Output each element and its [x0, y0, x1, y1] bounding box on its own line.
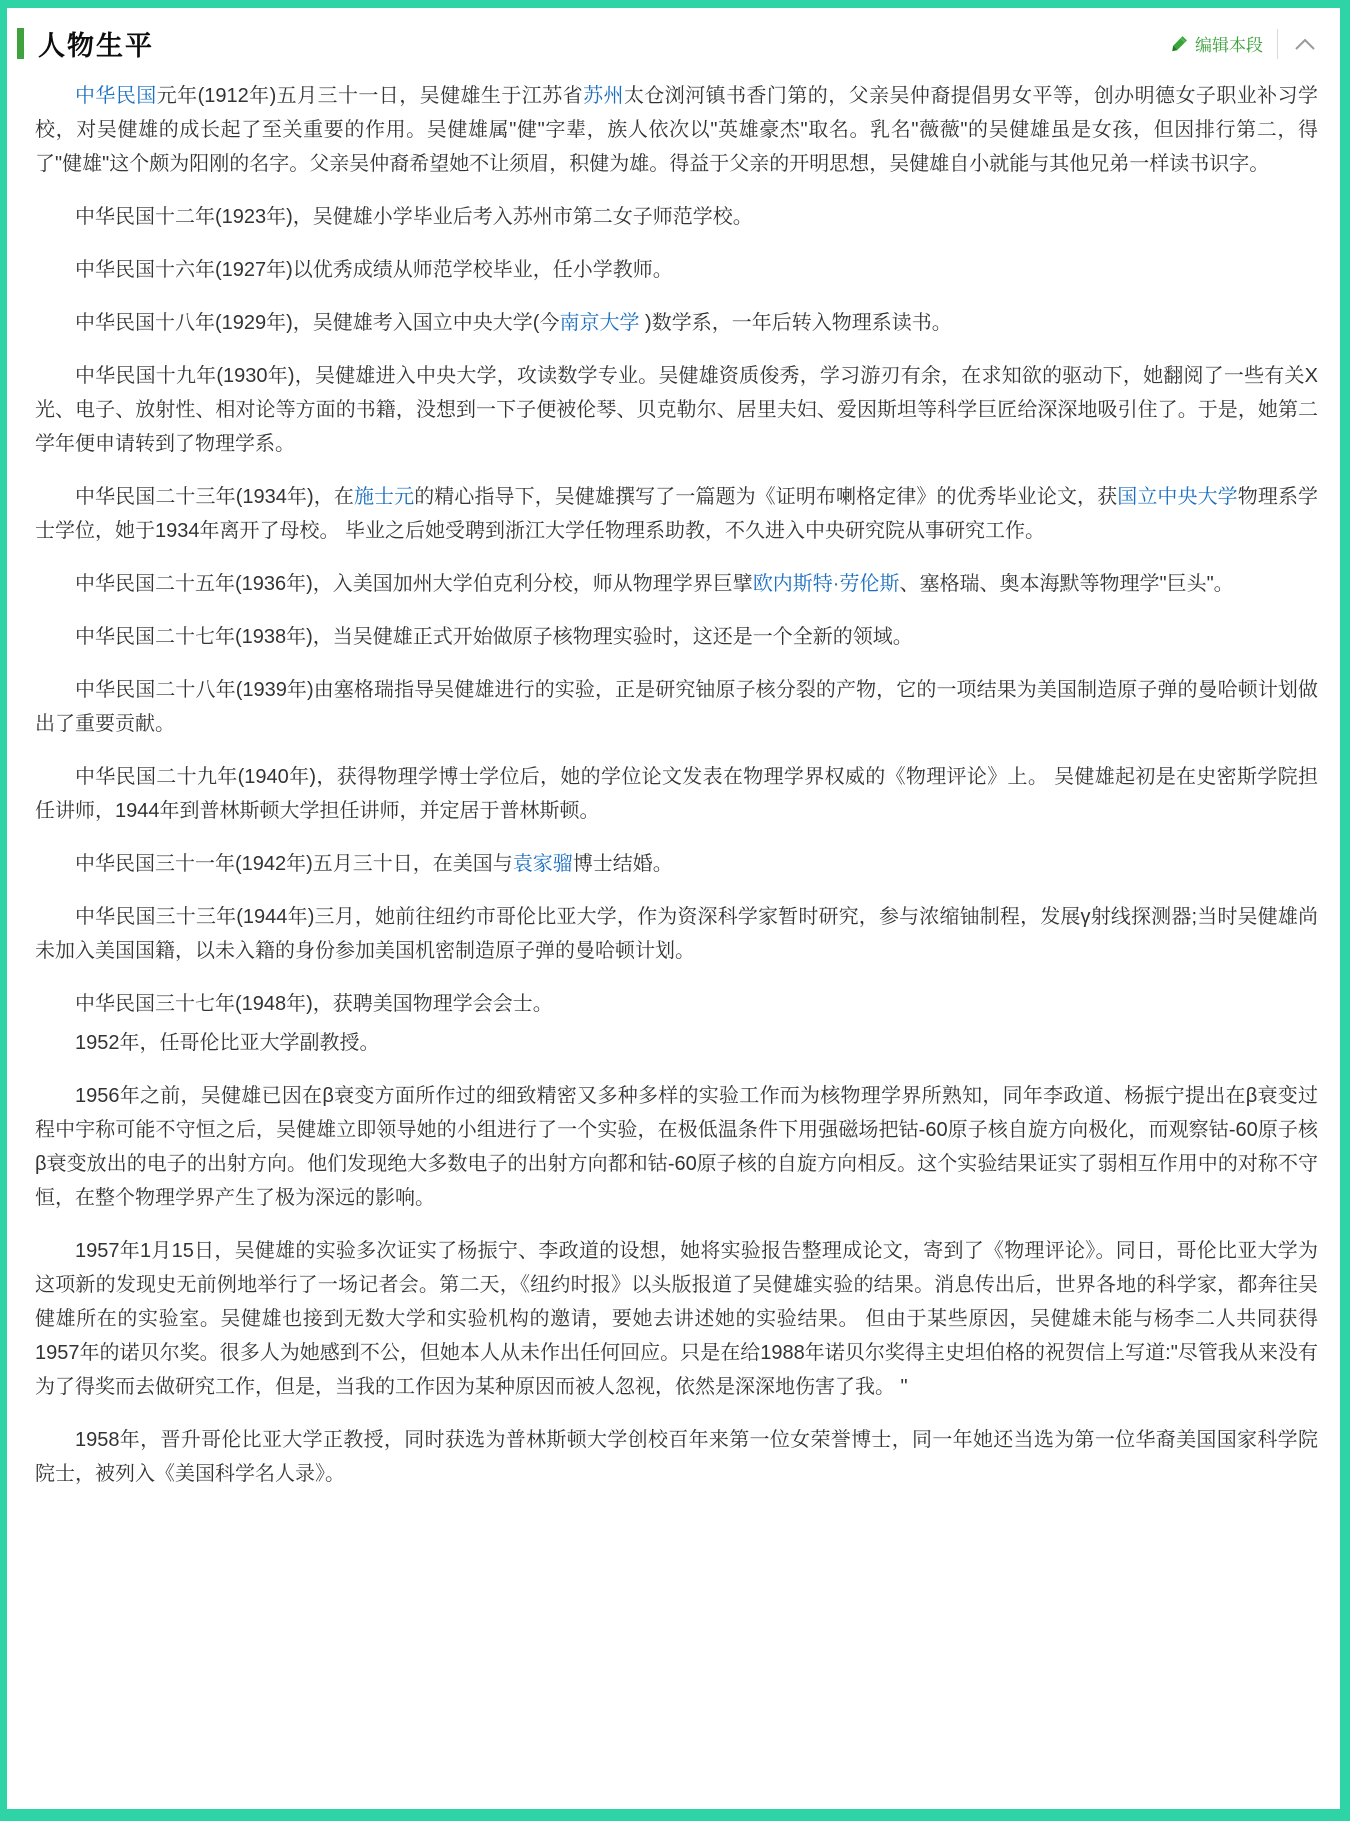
- paragraph: 中华民国十六年(1927年)以优秀成绩从师范学校毕业，任小学教师。: [35, 253, 1318, 287]
- section-header: 人物生平 编辑本段: [35, 24, 1318, 63]
- entity-link[interactable]: 中华民国: [75, 85, 157, 107]
- entity-link[interactable]: 国立中央大学: [1117, 486, 1238, 508]
- text-segment: 元年(1912年)五月三十一日，吴健雄生于江苏省: [157, 85, 583, 107]
- title-wrap: 人物生平: [35, 24, 154, 63]
- text-segment: 中华民国二十三年(1934年)，在: [75, 486, 354, 508]
- text-segment: 中华民国二十八年(1939年)由塞格瑞指导吴健雄进行的实验，正是研究铀原子核分裂…: [35, 679, 1318, 735]
- text-segment: 中华民国三十三年(1944年)三月，她前往纽约市哥伦比亚大学，作为资深科学家暂时…: [35, 906, 1318, 962]
- edit-section-label: 编辑本段: [1195, 31, 1263, 56]
- paragraph: 中华民国十二年(1923年)，吴健雄小学毕业后考入苏州市第二女子师范学校。: [35, 200, 1318, 234]
- text-segment: 1952年，任哥伦比亚大学副教授。: [75, 1032, 380, 1054]
- text-segment: 博士结婚。: [573, 853, 673, 875]
- text-segment: 中华民国十六年(1927年)以优秀成绩从师范学校毕业，任小学教师。: [75, 259, 673, 281]
- collapse-section-button[interactable]: [1292, 35, 1318, 53]
- text-segment: 中华民国十八年(1929年)，吴健雄考入国立中央大学(今: [75, 312, 559, 334]
- paragraph: 中华民国三十七年(1948年)，获聘美国物理学会会士。: [35, 987, 1318, 1021]
- edit-section-button[interactable]: 编辑本段: [1170, 31, 1263, 56]
- text-segment: 中华民国三十一年(1942年)五月三十日，在美国与: [75, 853, 513, 875]
- header-tools: 编辑本段: [1170, 29, 1318, 59]
- entity-link[interactable]: 袁家骝: [513, 853, 573, 875]
- text-segment: 1958年，晋升哥伦比亚大学正教授，同时获选为普林斯顿大学创校百年来第一位女荣誉…: [35, 1429, 1318, 1485]
- chevron-up-icon: [1294, 37, 1316, 51]
- paragraph: 中华民国二十七年(1938年)，当吴健雄正式开始做原子核物理实验时，这还是一个全…: [35, 620, 1318, 654]
- text-segment: 中华民国十二年(1923年)，吴健雄小学毕业后考入苏州市第二女子师范学校。: [75, 206, 753, 228]
- text-segment: 中华民国三十七年(1948年)，获聘美国物理学会会士。: [75, 993, 553, 1015]
- paragraph: 中华民国十九年(1930年)，吴健雄进入中央大学，攻读数学专业。吴健雄资质俊秀，…: [35, 359, 1318, 461]
- text-segment: )数学系，一年后转入物理系读书。: [639, 312, 951, 334]
- paragraph: 1952年，任哥伦比亚大学副教授。: [35, 1026, 1318, 1060]
- entity-link[interactable]: 施士元: [354, 486, 414, 508]
- entity-link[interactable]: 欧内斯特·劳伦斯: [753, 573, 900, 595]
- paragraph: 1957年1月15日，吴健雄的实验多次证实了杨振宁、李政道的设想，她将实验报告整…: [35, 1234, 1318, 1404]
- paragraph: 中华民国二十九年(1940年)，获得物理学博士学位后，她的学位论文发表在物理学界…: [35, 760, 1318, 828]
- paragraph: 1956年之前，吴健雄已因在β衰变方面所作过的细致精密又多种多样的实验工作而为核…: [35, 1079, 1318, 1215]
- paragraph: 1958年，晋升哥伦比亚大学正教授，同时获选为普林斯顿大学创校百年来第一位女荣誉…: [35, 1423, 1318, 1491]
- title-accent-bar: [17, 28, 24, 59]
- biography-section-panel: 人物生平 编辑本段: [0, 0, 1350, 1821]
- pencil-icon: [1170, 34, 1195, 53]
- paragraph: 中华民国元年(1912年)五月三十一日，吴健雄生于江苏省苏州太仓浏河镇书香门第的…: [35, 79, 1318, 181]
- paragraph: 中华民国十八年(1929年)，吴健雄考入国立中央大学(今南京大学 )数学系，一年…: [35, 306, 1318, 340]
- paragraph: 中华民国二十五年(1936年)，入美国加州大学伯克利分校，师从物理学界巨擘欧内斯…: [35, 567, 1318, 601]
- biography-paragraphs: 中华民国元年(1912年)五月三十一日，吴健雄生于江苏省苏州太仓浏河镇书香门第的…: [35, 79, 1318, 1491]
- paragraph: 中华民国三十三年(1944年)三月，她前往纽约市哥伦比亚大学，作为资深科学家暂时…: [35, 900, 1318, 968]
- paragraph: 中华民国三十一年(1942年)五月三十日，在美国与袁家骝博士结婚。: [35, 847, 1318, 881]
- text-segment: 1956年之前，吴健雄已因在β衰变方面所作过的细致精密又多种多样的实验工作而为核…: [35, 1085, 1318, 1209]
- text-segment: 中华民国十九年(1930年)，吴健雄进入中央大学，攻读数学专业。吴健雄资质俊秀，…: [35, 365, 1318, 455]
- text-segment: 中华民国二十五年(1936年)，入美国加州大学伯克利分校，师从物理学界巨擘: [75, 573, 753, 595]
- entity-link[interactable]: 苏州: [583, 85, 624, 107]
- entity-link[interactable]: 南京大学: [559, 312, 639, 334]
- section-title: 人物生平: [38, 24, 154, 63]
- header-divider: [1277, 29, 1278, 59]
- text-segment: 中华民国二十九年(1940年)，获得物理学博士学位后，她的学位论文发表在物理学界…: [35, 766, 1318, 822]
- text-segment: 、塞格瑞、奥本海默等物理学"巨头"。: [899, 573, 1233, 595]
- text-segment: 1957年1月15日，吴健雄的实验多次证实了杨振宁、李政道的设想，她将实验报告整…: [35, 1240, 1318, 1398]
- text-segment: 的精心指导下，吴健雄撰写了一篇题为《证明布喇格定律》的优秀毕业论文，获: [414, 486, 1117, 508]
- paragraph: 中华民国二十三年(1934年)，在施士元的精心指导下，吴健雄撰写了一篇题为《证明…: [35, 480, 1318, 548]
- paragraph: 中华民国二十八年(1939年)由塞格瑞指导吴健雄进行的实验，正是研究铀原子核分裂…: [35, 673, 1318, 741]
- text-segment: 中华民国二十七年(1938年)，当吴健雄正式开始做原子核物理实验时，这还是一个全…: [75, 626, 913, 648]
